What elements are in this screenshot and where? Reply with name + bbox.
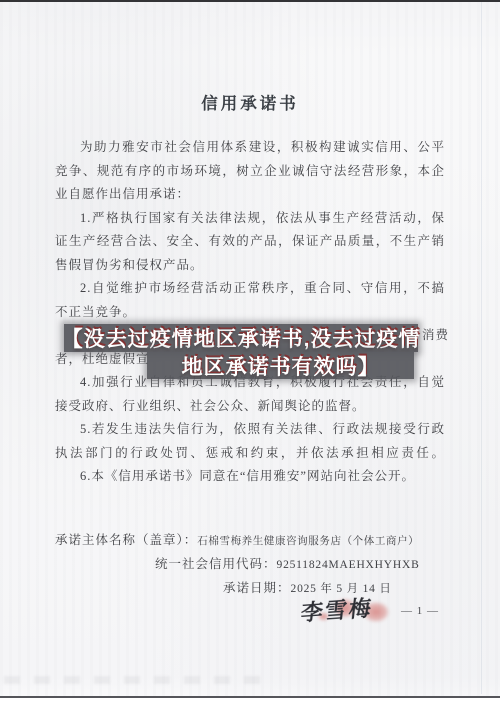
date-label: 承诺日期： bbox=[223, 581, 291, 595]
body-line: 为助力雅安市社会信用体系建设，积极构建诚实信用、公平 bbox=[55, 136, 445, 160]
body-line: 竞争、规范有序的市场环境，树立企业诚信守法经营形象，本企 bbox=[55, 160, 445, 184]
scanned-document: 信用承诺书 为助力雅安市社会信用体系建设，积极构建诚实信用、公平 竞争、规范有序… bbox=[0, 0, 500, 706]
page-title: 信用承诺书 bbox=[0, 90, 500, 114]
body-line: 1.严格执行国家有关法律法规，依法从事生产经营活动，保 bbox=[55, 207, 445, 231]
body-line: 接受政府、行业组织、社会公众、新闻舆论的监督。 bbox=[55, 395, 445, 419]
body-line: 5.若发生违法失信行为，依照有关法律、行政法规接受行政 bbox=[55, 418, 445, 442]
subject-value: 石棉雪梅养生健康咨询服务店（个体工商户） bbox=[197, 536, 419, 547]
credit-code-line: 统一社会信用代码：92511824MAEHXHYHXB bbox=[55, 552, 455, 576]
scan-background bbox=[0, 698, 500, 706]
scan-artifact-line bbox=[481, 2, 482, 694]
watermark-overlay-line-1: 【没去过疫情地区承诺书,没去过疫情 bbox=[64, 324, 418, 352]
body-line: 2.自觉维护市场经营活动正常秩序，重合同、守信用，不搞 bbox=[55, 277, 445, 301]
body-line: 售假冒伪劣和侵权产品。 bbox=[55, 254, 445, 278]
page-number: — 1 — bbox=[401, 605, 439, 617]
credit-code-label: 统一社会信用代码： bbox=[155, 557, 277, 571]
body-line: 证生产经营合法、安全、有效的产品，保证产品质量，不生产销 bbox=[55, 230, 445, 254]
document-body: 为助力雅安市社会信用体系建设，积极构建诚实信用、公平 竞争、规范有序的市场环境，… bbox=[55, 136, 445, 489]
credit-code-value: 92511824MAEHXHYHXB bbox=[277, 559, 420, 571]
body-line: 执法部门的行政处罚、惩戒和约束，并依法承担相应责任。 bbox=[55, 442, 445, 466]
subject-line: 承诺主体名称（盖章）：石棉雪梅养生健康咨询服务店（个体工商户） bbox=[55, 528, 455, 552]
scan-edge-top bbox=[0, 0, 500, 2]
subject-label: 承诺主体名称（盖章）： bbox=[55, 533, 197, 547]
scan-smudge bbox=[4, 676, 274, 684]
body-line: 6.本《信用承诺书》同意在“信用雅安”网站向社会公开。 bbox=[55, 465, 445, 489]
watermark-overlay-line-2: 地区承诺书有效吗】 bbox=[147, 352, 414, 379]
body-line: 不正当竞争。 bbox=[55, 301, 445, 325]
body-line: 业自愿作出信用承诺： bbox=[55, 183, 445, 207]
